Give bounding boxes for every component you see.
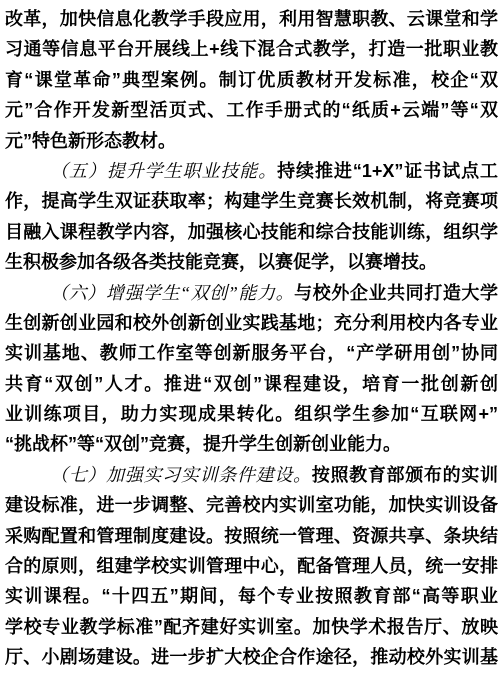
- paragraph-item-5-vocational-skills: （五）提升学生职业技能。持续推进“1+X”证书试点工作，提高学生双证获取率；构建…: [5, 156, 498, 278]
- body-text: 生创新创业园和校外创新创业实践基地；充分利用校内各专业: [5, 313, 498, 333]
- body-text: 作，提高学生双证获取率；构建学生竞赛长效机制，将竞赛项: [5, 191, 498, 211]
- text-line: 生积极参加各级各类技能竞赛，以赛促学，以赛增技。: [5, 247, 498, 277]
- paragraph-teaching-reform-continuation: 改革，加快信息化教学手段应用，利用智慧职教、云课堂和学习通等信息平台开展线上+线…: [5, 4, 498, 156]
- text-line: 元”合作开发新型活页式、工作手册式的“纸质+云端”等“双: [5, 95, 498, 125]
- body-text: 建设标准，进一步调整、完善校内实训室功能，加快实训设备: [5, 495, 498, 515]
- body-text: 实训课程。“十四五”期间，每个专业按照教育部“高等职业: [5, 586, 498, 606]
- body-text: 厅、小剧场建设。进一步扩大校企合作途径，推动校外实训基: [5, 647, 498, 667]
- text-line: 学校专业教学标准”配齐建好实训室。加快学术报告厅、放映: [5, 612, 498, 642]
- text-line: 生创新创业园和校外创新创业实践基地；充分利用校内各专业: [5, 308, 498, 338]
- text-line: 作，提高学生双证获取率；构建学生竞赛长效机制，将竞赛项: [5, 186, 498, 216]
- text-line: 业训练项目，助力实现成果转化。组织学生参加“互联网+”: [5, 399, 498, 429]
- item-heading-text: （七）加强实习实训条件建设。: [50, 465, 312, 485]
- body-text: 习通等信息平台开展线上+线下混合式教学，打造一批职业教: [5, 39, 498, 59]
- body-text: 合的原则，组建学校实训管理中心，配备管理人员，统一安排: [5, 556, 498, 576]
- body-text: 业训练项目，助力实现成果转化。组织学生参加“互联网+”: [5, 404, 498, 424]
- text-line: （六）增强学生“双创”能力。与校外企业共同打造大学: [5, 278, 498, 308]
- text-line: “挑战杯”等“双创”竞赛，提升学生创新创业能力。: [5, 429, 498, 459]
- text-line: （五）提升学生职业技能。持续推进“1+X”证书试点工: [5, 156, 498, 186]
- document-page: 改革，加快信息化教学手段应用，利用智慧职教、云课堂和学习通等信息平台开展线上+线…: [0, 0, 503, 682]
- body-text: 改革，加快信息化教学手段应用，利用智慧职教、云课堂和学: [5, 9, 498, 29]
- text-line: 实训课程。“十四五”期间，每个专业按照教育部“高等职业: [5, 581, 498, 611]
- body-text: 采购配置和管理制度建设。按照统一管理、资源共享、条块结: [5, 526, 498, 546]
- text-line: （七）加强实习实训条件建设。按照教育部颁布的实训室: [5, 460, 498, 490]
- body-text: 育“课堂革命”典型案例。制订优质教材开发标准，校企“双: [5, 70, 498, 90]
- text-line: 实训基地、教师工作室等创新服务平台，“产学研用创”协同: [5, 338, 498, 368]
- text-line: 厅、小剧场建设。进一步扩大校企合作途径，推动校外实训基: [5, 642, 498, 672]
- text-line: 改革，加快信息化教学手段应用，利用智慧职教、云课堂和学: [5, 4, 498, 34]
- text-line: 元”特色新形态教材。: [5, 126, 498, 156]
- text-line: 习通等信息平台开展线上+线下混合式教学，打造一批职业教: [5, 34, 498, 64]
- text-line: 目融入课程教学内容，加强核心技能和综合技能训练，组织学: [5, 217, 498, 247]
- body-text: 目融入课程教学内容，加强核心技能和综合技能训练，组织学: [5, 222, 498, 242]
- body-text: 持续推进“1+X”证书试点工: [277, 161, 498, 181]
- body-text: 实训基地、教师工作室等创新服务平台，“产学研用创”协同: [5, 343, 498, 363]
- body-text: 生积极参加各级各类技能竞赛，以赛促学，以赛增技。: [5, 252, 437, 272]
- text-line: 采购配置和管理制度建设。按照统一管理、资源共享、条块结: [5, 521, 498, 551]
- text-line: 育“课堂革命”典型案例。制订优质教材开发标准，校企“双: [5, 65, 498, 95]
- text-line: 共育“双创”人才。推进“双创”课程建设，培育一批创新创: [5, 369, 498, 399]
- paragraph-item-6-innovation-entrepreneurship: （六）增强学生“双创”能力。与校外企业共同打造大学生创新创业园和校外创新创业实践…: [5, 278, 498, 460]
- body-text: 共育“双创”人才。推进“双创”课程建设，培育一批创新创: [5, 374, 498, 394]
- body-text: “挑战杯”等“双创”竞赛，提升学生创新创业能力。: [5, 434, 401, 454]
- text-line: 建设标准，进一步调整、完善校内实训室功能，加快实训设备: [5, 490, 498, 520]
- body-text: 元”合作开发新型活页式、工作手册式的“纸质+云端”等“双: [5, 100, 498, 120]
- body-text: 元”特色新形态教材。: [5, 131, 176, 151]
- document-body: 改革，加快信息化教学手段应用，利用智慧职教、云课堂和学习通等信息平台开展线上+线…: [5, 4, 498, 673]
- body-text: 学校专业教学标准”配齐建好实训室。加快学术报告厅、放映: [5, 617, 498, 637]
- body-text: 与校外企业共同打造大学: [294, 283, 498, 303]
- text-line: 合的原则，组建学校实训管理中心，配备管理人员，统一安排: [5, 551, 498, 581]
- item-heading-text: （五）提升学生职业技能。: [50, 161, 277, 181]
- item-heading-text: （六）增强学生“双创”能力。: [50, 283, 294, 303]
- paragraph-item-7-training-facilities: （七）加强实习实训条件建设。按照教育部颁布的实训室建设标准，进一步调整、完善校内…: [5, 460, 498, 673]
